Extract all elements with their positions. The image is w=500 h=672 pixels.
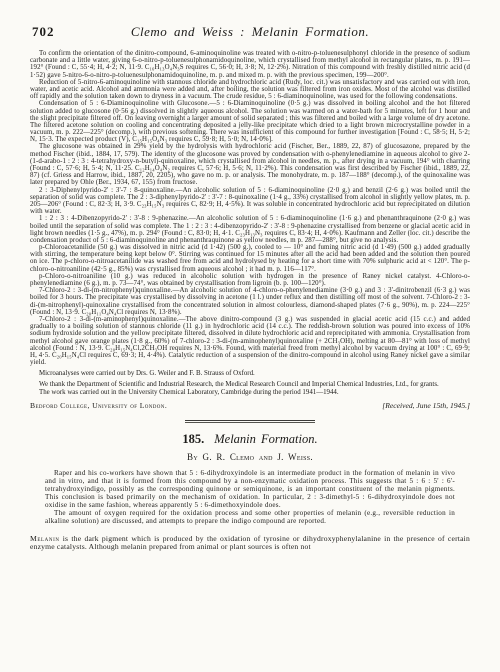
experimental-paragraph: p-Chloro-o-nitroaniline (10 g.) was redu… <box>30 273 470 287</box>
experimental-paragraph: p-Chloroacetanilide (50 g.) was dissolve… <box>30 244 470 273</box>
experimental-paragraph: To confirm the orientation of the dinitr… <box>30 50 470 79</box>
article-byline: By G. R. Clemo and J. Weiss. <box>30 452 470 462</box>
running-title: Clemo and Weiss : Melanin Formation. <box>131 24 369 40</box>
experimental-paragraph: 1 : 2 : 3 : 4-Dibenzopyrido-2' : 3'-8 : … <box>30 215 470 244</box>
section-divider <box>185 420 315 423</box>
laboratory-note: The work was carried out in the Universi… <box>30 389 470 396</box>
experimental-paragraph: Reduction of 5-nitro-6-aminoquinoline wi… <box>30 79 470 101</box>
article-title: Melanin Formation. <box>214 432 317 446</box>
article-number: 185. <box>182 432 204 446</box>
institution-address: Bedford College, University of London. <box>30 401 167 410</box>
abstract-paragraph: The amount of oxygen required for the ox… <box>45 509 455 525</box>
page-number: 702 <box>32 24 55 40</box>
experimental-paragraph: 2 : 3-Diphenylpyrido-2' : 3'-7 : 8-quino… <box>30 187 470 216</box>
journal-page: 702 Clemo and Weiss : Melanin Formation.… <box>0 0 500 672</box>
article-abstract: Raper and his co-workers have shown that… <box>30 469 470 526</box>
body-text: is the dark pigment which is produced by… <box>30 534 470 552</box>
page-header: 702 Clemo and Weiss : Melanin Formation. <box>30 24 470 40</box>
grants-acknowledgement: We thank the Department of Scientific an… <box>30 381 470 388</box>
acknowledgements: Microanalyses were carried out by Drs. G… <box>30 370 470 396</box>
microanalyses-note: Microanalyses were carried out by Drs. G… <box>30 370 470 377</box>
article-body: Melanin is the dark pigment which is pro… <box>30 535 470 552</box>
article-heading: 185.Melanin Formation. <box>30 432 470 447</box>
received-date: [Received, June 15th, 1945.] <box>382 401 470 410</box>
experimental-paragraph: 7-Chloro-2 : 3-di-(m-nitrophenyl)quinoxa… <box>30 287 470 316</box>
experimental-paragraph: The glucosone was obtained in 29% yield … <box>30 143 470 186</box>
experimental-paragraph: Condensation of 5 : 6-Diaminoquinoline w… <box>30 100 470 143</box>
experimental-section: To confirm the orientation of the dinitr… <box>30 50 470 366</box>
experimental-paragraph: 7-Chloro-2 : 3-di-(m-aminophenyl)quinoxa… <box>30 316 470 366</box>
signature-block: Bedford College, University of London. [… <box>30 401 470 410</box>
body-paragraph: Melanin is the dark pigment which is pro… <box>30 535 470 552</box>
abstract-paragraph: Raper and his co-workers have shown that… <box>45 469 455 509</box>
